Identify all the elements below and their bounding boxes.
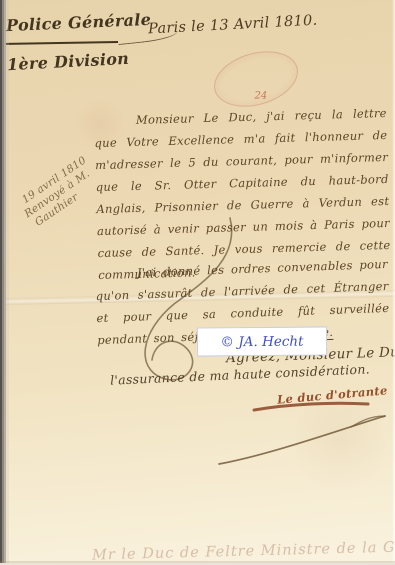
dateline: Paris le 13 Avril 1810. xyxy=(148,13,318,38)
signature-flourish xyxy=(213,408,391,470)
letterhead-division: 1ère Division xyxy=(7,49,130,74)
letterhead-department: Police Générale xyxy=(6,10,152,35)
letter-scan: Police Générale 1ère Division Paris le 1… xyxy=(0,0,395,565)
scan-edge-left xyxy=(0,0,9,565)
stamp-number: 24 xyxy=(254,90,267,101)
scan-edge-bottom xyxy=(0,561,395,565)
margin-annotation: 19 avril 1810 Renvoyé à M. Gauthier xyxy=(20,154,104,228)
addressee-line: Mr le Duc de Feltre Ministre de la Guerr… xyxy=(92,538,395,563)
letterhead-rule xyxy=(0,41,118,45)
collector-watermark: © JA. Hecht xyxy=(197,326,327,356)
